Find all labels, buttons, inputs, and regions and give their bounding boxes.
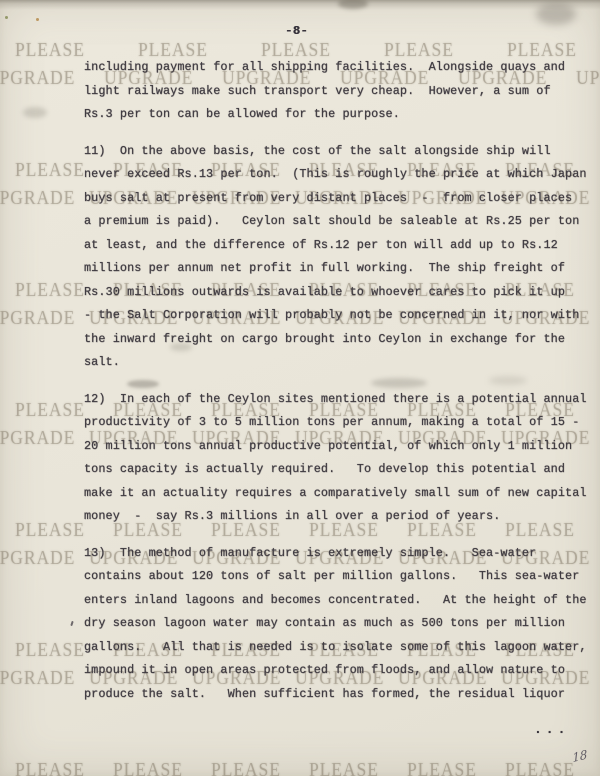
continuation-dots: ... xyxy=(534,722,569,737)
text-line: money - say Rs.3 millions in all over a … xyxy=(84,505,590,529)
stray-typewriter-mark xyxy=(70,621,73,626)
scanned-document-page: PLEASEPLEASEPLEASEPLEASEPLEASEUPGRADEUPG… xyxy=(0,0,600,776)
document-content: including payment for all shipping facil… xyxy=(84,56,590,706)
watermark-word: PLEASE xyxy=(15,640,85,660)
watermark-word: PLEASE xyxy=(15,40,85,60)
paragraph: 13) The method of manufacture is extreme… xyxy=(84,542,590,707)
text-line: - the Salt Corporation will probably not… xyxy=(84,304,590,328)
page-number-header: -8- xyxy=(285,24,308,38)
paper-speck xyxy=(5,16,8,19)
text-line: light railways make such transport very … xyxy=(84,80,590,104)
watermark-word: UPGRADE xyxy=(0,668,75,688)
text-line: including payment for all shipping facil… xyxy=(84,56,590,80)
handwritten-page-number: 18 xyxy=(572,747,588,765)
text-line: contains about 120 tons of salt per mill… xyxy=(84,565,590,589)
text-line: productivity of 3 to 5 million tons per … xyxy=(84,411,590,435)
text-line: make it an actuality requires a comparat… xyxy=(84,482,590,506)
text-line: never exceed Rs.13 per ton. (This is rou… xyxy=(84,163,590,187)
ink-smudge xyxy=(23,107,47,118)
watermark-word: PLEASE xyxy=(15,280,85,300)
watermark-word: PLEASE xyxy=(15,760,85,776)
watermark-word: PLEASE xyxy=(15,400,85,420)
watermark-word: UPGRADE xyxy=(0,428,75,448)
text-line: gallons. All that is needed is to isolat… xyxy=(84,636,590,660)
paragraph: 12) In each of the Ceylon sites mentione… xyxy=(84,388,590,529)
text-line: 12) In each of the Ceylon sites mentione… xyxy=(84,388,590,412)
scan-top-edge xyxy=(0,0,600,10)
text-line: a premium is paid). Ceylon salt should b… xyxy=(84,210,590,234)
text-line: 11) On the above basis, the cost of the … xyxy=(84,140,590,164)
text-line: dry season lagoon water may contain as m… xyxy=(84,612,590,636)
watermark-word: PLEASE xyxy=(407,760,477,776)
text-line: impound it in open areas protected from … xyxy=(84,659,590,683)
watermark-word: PLEASE xyxy=(505,760,575,776)
text-line: at least, and the difference of Rs.12 pe… xyxy=(84,234,590,258)
watermark-word: UPGRADE xyxy=(0,308,75,328)
watermark-word: PLEASE xyxy=(113,760,183,776)
watermark-word: PLEASE xyxy=(309,760,379,776)
text-line: produce the salt. When sufficient has fo… xyxy=(84,683,590,707)
watermark-word: UPGRADE xyxy=(0,548,75,568)
text-line: 20 million tons annual productive potent… xyxy=(84,435,590,459)
text-line: Rs.30 millions outwards is available to … xyxy=(84,281,590,305)
watermark-word: PLEASE xyxy=(211,760,281,776)
text-line: 13) The method of manufacture is extreme… xyxy=(84,542,590,566)
text-line: salt. xyxy=(84,351,590,375)
text-line: buys salt at present from very distant p… xyxy=(84,187,590,211)
paragraph: 11) On the above basis, the cost of the … xyxy=(84,140,590,375)
text-line: millions per annum net profit in full wo… xyxy=(84,257,590,281)
watermark-word: UPGRADE xyxy=(0,188,75,208)
watermark-word: UPGRADE xyxy=(0,68,75,88)
paragraph: including payment for all shipping facil… xyxy=(84,56,590,127)
text-line: the inward freight on cargo brought into… xyxy=(84,328,590,352)
text-line: Rs.3 per ton can be allowed for the purp… xyxy=(84,103,590,127)
watermark-word: PLEASE xyxy=(15,520,85,540)
text-line: enters inland lagoons and becomes concen… xyxy=(84,589,590,613)
paper-speck xyxy=(36,18,39,21)
text-line: tons capacity is actually required. To d… xyxy=(84,458,590,482)
watermark-word: PLEASE xyxy=(15,160,85,180)
